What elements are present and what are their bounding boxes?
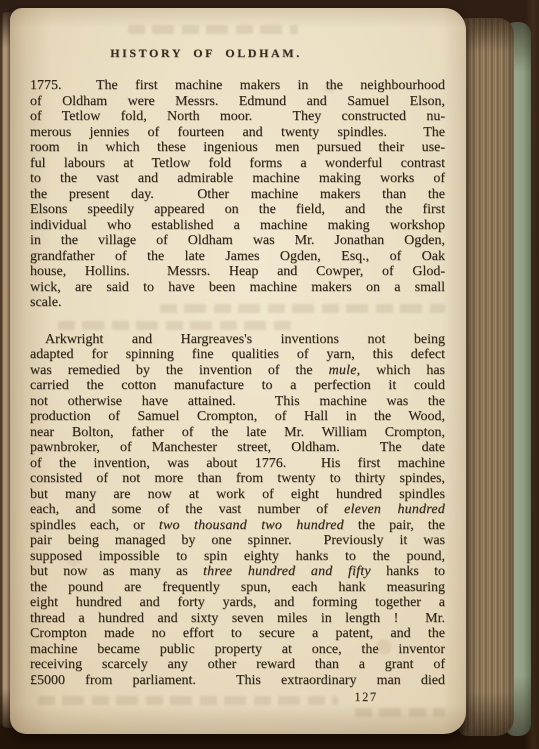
text-line: room in which these ingenious men pursue… [30,140,445,156]
text-line: near Bolton, father of the late Mr. Will… [30,425,445,441]
text-line: not otherwise have attained. This machin… [30,394,445,410]
text-line: but now as many as three hundred and fif… [30,564,445,580]
text-line: production of Samuel Crompton, of Hall i… [30,409,445,425]
page-text: 1775. The first machine makers in the ne… [30,78,445,688]
text-line: machine became public property at once, … [30,642,445,658]
text-line: thread a hundred and sixty seven miles i… [30,611,445,627]
text-line: of Tetlow fold, North moor. They constru… [30,109,445,125]
fore-edge-page-stack [459,18,514,736]
show-through-smudge [38,696,338,705]
text-line: house, Hollins. Messrs. Heap and Cowper,… [30,264,445,280]
text-line: ful labours at Tetlow fold forms a wonde… [30,156,445,172]
text-line: of the invention, was about 1776. His fi… [30,456,445,472]
text-line: Elsons speedily appeared on the field, a… [30,202,445,218]
running-header: HISTORY OF OLDHAM. [86,46,326,61]
text-line: the present day. Other machine makers th… [30,187,445,203]
text-line: adapted for spinning fine qualities of y… [30,347,445,363]
book-page: HISTORY OF OLDHAM. 1775. The first machi… [10,8,466,734]
text-line: consisted of not more than from twenty t… [30,471,445,487]
text-line: merous jennies of fourteen and twenty sp… [30,125,445,141]
text-line: each, and some of the vast number of ele… [30,502,445,518]
text-line: wick, are said to have been machine make… [30,280,445,296]
text-line: spindles each, or two thousand two hundr… [30,518,445,534]
text-line: receiving scarcely any other reward than… [30,657,445,673]
text-line: grandfather of the late James Ogden, Esq… [30,249,445,265]
paragraph: Arkwright and Hargreaves's inventions no… [30,332,445,689]
text-line: 1775. The first machine makers in the ne… [30,78,445,94]
text-line: £5000 from parliament. This extraordinar… [30,673,445,689]
text-line: pair being managed by one spinner. Previ… [30,533,445,549]
text-line: to the vast and admirable machine making… [30,171,445,187]
page-number: 127 [350,690,382,705]
show-through-smudge [128,25,298,34]
text-line: Crompton made no effort to secure a pate… [30,626,445,642]
text-line: in the village of Oldham was Mr. Jonatha… [30,233,445,249]
text-line: individual who established a machine mak… [30,218,445,234]
text-line: was remedied by the invention of the mul… [30,363,445,379]
text-line: carried the cotton manufacture to a perf… [30,378,445,394]
text-line: the pound are frequently spun, each hank… [30,580,445,596]
text-line: Arkwright and Hargreaves's inventions no… [30,332,445,348]
text-line: supposed impossible to spin eighty hanks… [30,549,445,565]
text-line: scale. [30,295,445,311]
show-through-smudge [355,708,445,717]
text-line: of Oldham were Messrs. Edmund and Samuel… [30,94,445,110]
text-line: but many are now at work of eight hundre… [30,487,445,503]
text-line: eight hundred and forty yards, and formi… [30,595,445,611]
text-line: pawnbroker, of Manchester street, Oldham… [30,440,445,456]
paragraph: 1775. The first machine makers in the ne… [30,78,445,311]
